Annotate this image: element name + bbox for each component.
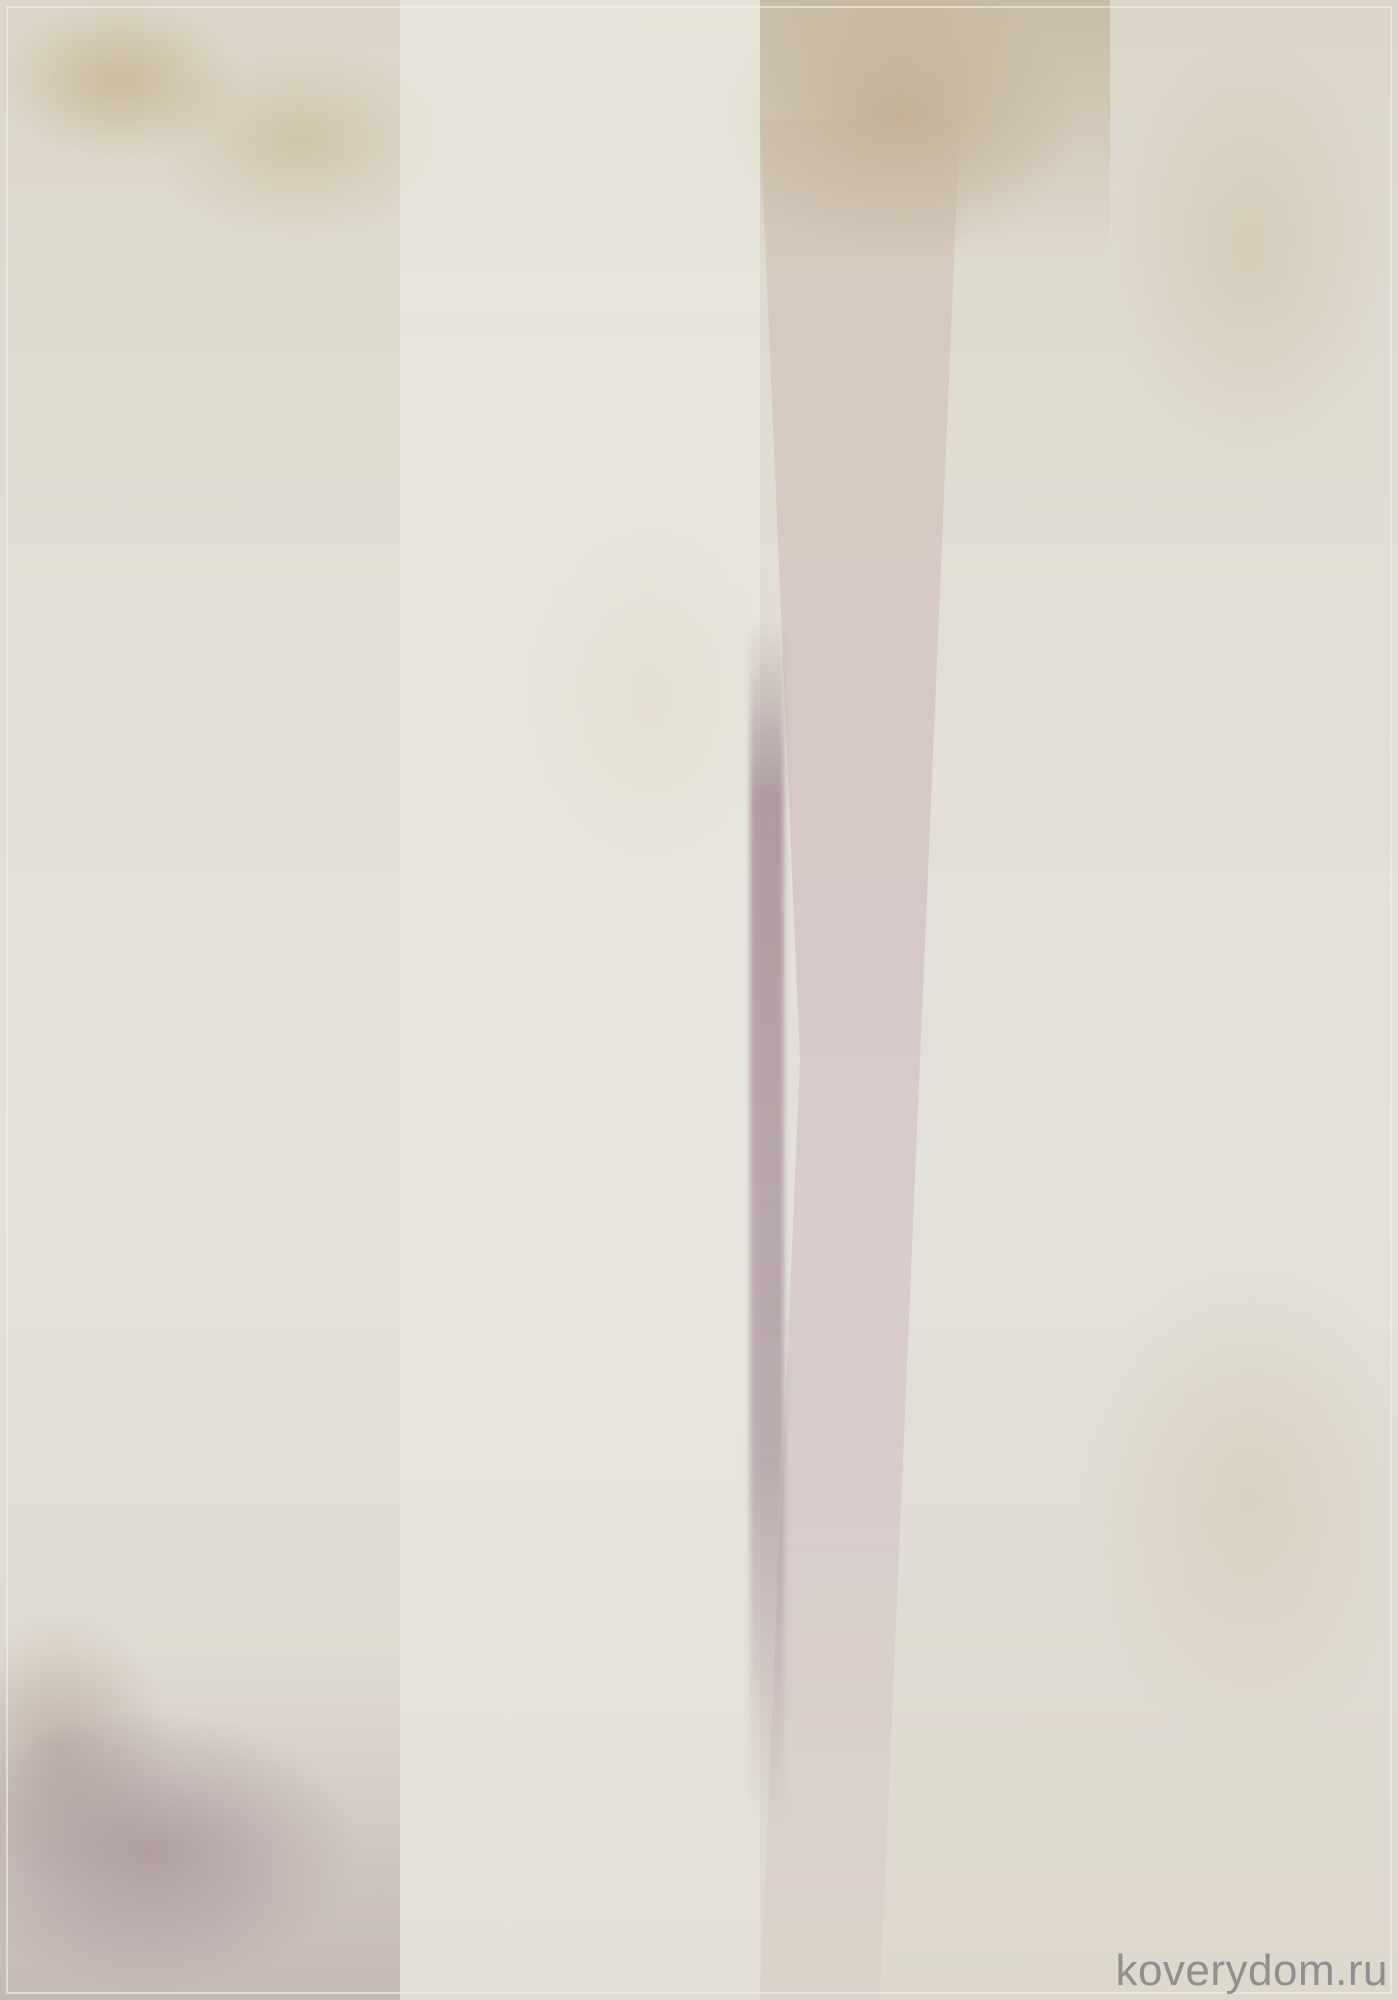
mauve-streak <box>750 620 784 1820</box>
mauve-bottom-left-patch <box>0 1650 400 2000</box>
watermark-text: koverydom.ru <box>1115 1946 1388 1996</box>
light-vertical-band <box>400 0 760 2000</box>
rug-image <box>0 0 1398 2000</box>
pink-vertical-band <box>760 120 960 2000</box>
